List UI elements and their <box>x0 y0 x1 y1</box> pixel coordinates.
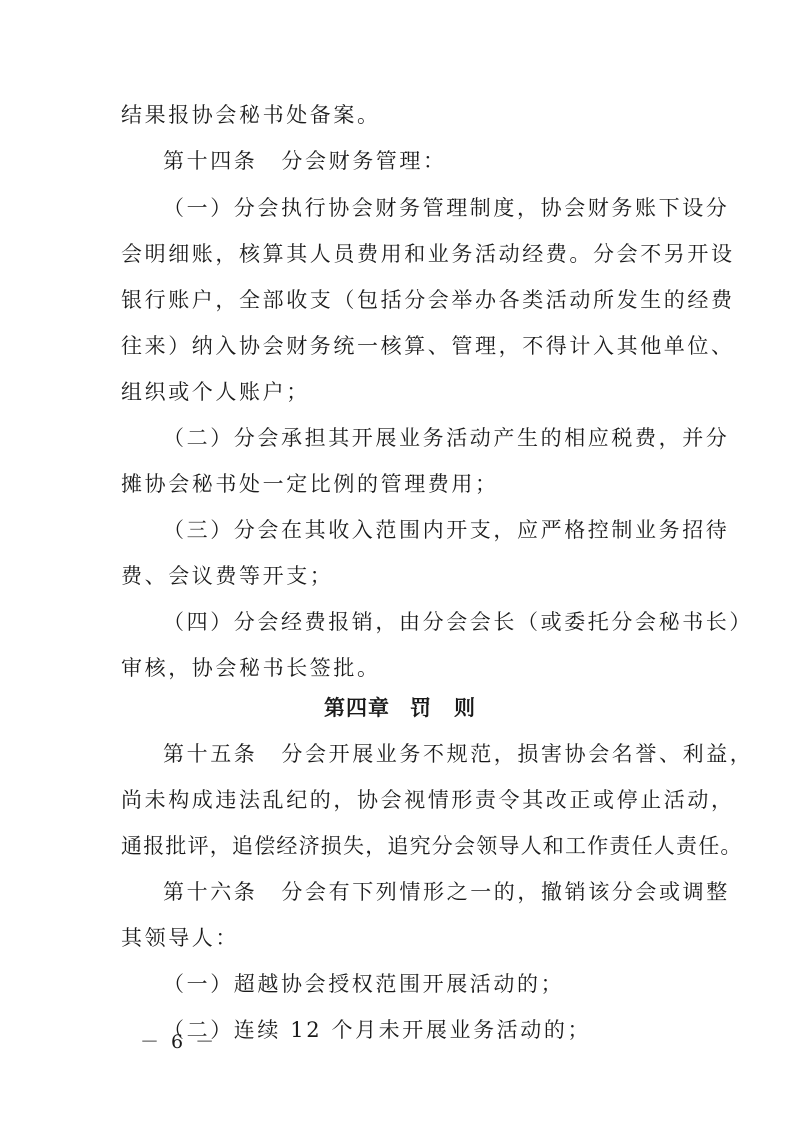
chapter-number: 第四章 <box>324 696 390 720</box>
paragraph-line: （二）分会承担其开展业务活动产生的相应税费，并分 <box>163 424 723 452</box>
line-text: （一）分会执行协会财务管理制度，协会财务账下设分 <box>163 196 729 220</box>
paragraph-line: （四）分会经费报销，由分会会长（或委托分会秘书长） <box>163 608 723 636</box>
line-text: 摊协会秘书处一定比例的管理费用； <box>121 472 499 496</box>
line-text: 审核，协会秘书长签批。 <box>121 656 381 680</box>
line-text: （二）分会承担其开展业务活动产生的相应税费，并分 <box>163 426 729 450</box>
page-number: － 6 － <box>140 1030 217 1054</box>
paragraph-line: 费、会议费等开支； <box>121 562 681 590</box>
line-text: 银行账户，全部收支（包括分会举办各类活动所发生的经费 <box>121 288 735 312</box>
line-text: 组织或个人账户； <box>121 380 310 404</box>
paragraph-line: 摊协会秘书处一定比例的管理费用； <box>121 470 681 498</box>
document-page: 结果报协会秘书处备案。 第十四条分会财务管理： （一）分会执行协会财务管理制度，… <box>0 0 800 1131</box>
line-text: （二）连续 12 个月未开展业务活动的； <box>163 1018 591 1042</box>
paragraph-line: 结果报协会秘书处备案。 <box>121 101 681 129</box>
paragraph-line: （三）分会在其收入范围内开支，应严格控制业务招待 <box>163 516 723 544</box>
line-text: 尚未构成违法乱纪的，协会视情形责令其改正或停止活动， <box>121 788 735 812</box>
paragraph-line: （二）连续 12 个月未开展业务活动的； <box>163 1016 723 1044</box>
article-text: 分会有下列情形之一的，撤销该分会或调整 <box>281 880 729 904</box>
paragraph-line: 组织或个人账户； <box>121 378 681 406</box>
article-15-heading: 第十五条分会开展业务不规范，损害协会名誉、利益， <box>163 740 723 768</box>
line-text: 结果报协会秘书处备案。 <box>121 103 381 127</box>
article-label: 第十六条 <box>163 880 257 904</box>
line-text: 费、会议费等开支； <box>121 564 333 588</box>
paragraph-line: 尚未构成违法乱纪的，协会视情形责令其改正或停止活动， <box>121 786 681 814</box>
line-text: 通报批评，追偿经济损失，追究分会领导人和工作责任人责任。 <box>121 834 743 858</box>
line-text: （四）分会经费报销，由分会会长（或委托分会秘书长） <box>163 610 753 634</box>
paragraph-line: 往来）纳入协会财务统一核算、管理，不得计入其他单位、 <box>121 332 681 360</box>
article-label: 第十五条 <box>163 742 257 766</box>
paragraph-line: 审核，协会秘书长签批。 <box>121 654 681 682</box>
article-label: 第十四条 <box>163 149 257 173</box>
paragraph-line: （一）分会执行协会财务管理制度，协会财务账下设分 <box>163 194 723 222</box>
line-text: 会明细账，核算其人员费用和业务活动经费。分会不另开设 <box>121 242 735 266</box>
chapter-title: 罚 则 <box>410 696 476 720</box>
line-text: 其领导人： <box>121 926 239 950</box>
chapter-heading: 第四章罚 则 <box>0 694 800 722</box>
article-text: 分会财务管理： <box>281 149 446 173</box>
paragraph-line: 其领导人： <box>121 924 681 952</box>
paragraph-line: 通报批评，追偿经济损失，追究分会领导人和工作责任人责任。 <box>121 832 681 860</box>
paragraph-line: 会明细账，核算其人员费用和业务活动经费。分会不另开设 <box>121 240 681 268</box>
article-text: 分会开展业务不规范，损害协会名誉、利益， <box>281 742 753 766</box>
paragraph-line: （一）超越协会授权范围开展活动的； <box>163 970 723 998</box>
line-text: （一）超越协会授权范围开展活动的； <box>163 972 564 996</box>
article-16-heading: 第十六条分会有下列情形之一的，撤销该分会或调整 <box>163 878 723 906</box>
paragraph-line: 银行账户，全部收支（包括分会举办各类活动所发生的经费 <box>121 286 681 314</box>
line-text: （三）分会在其收入范围内开支，应严格控制业务招待 <box>163 518 729 542</box>
article-14-heading: 第十四条分会财务管理： <box>163 147 723 175</box>
line-text: 往来）纳入协会财务统一核算、管理，不得计入其他单位、 <box>121 334 735 358</box>
